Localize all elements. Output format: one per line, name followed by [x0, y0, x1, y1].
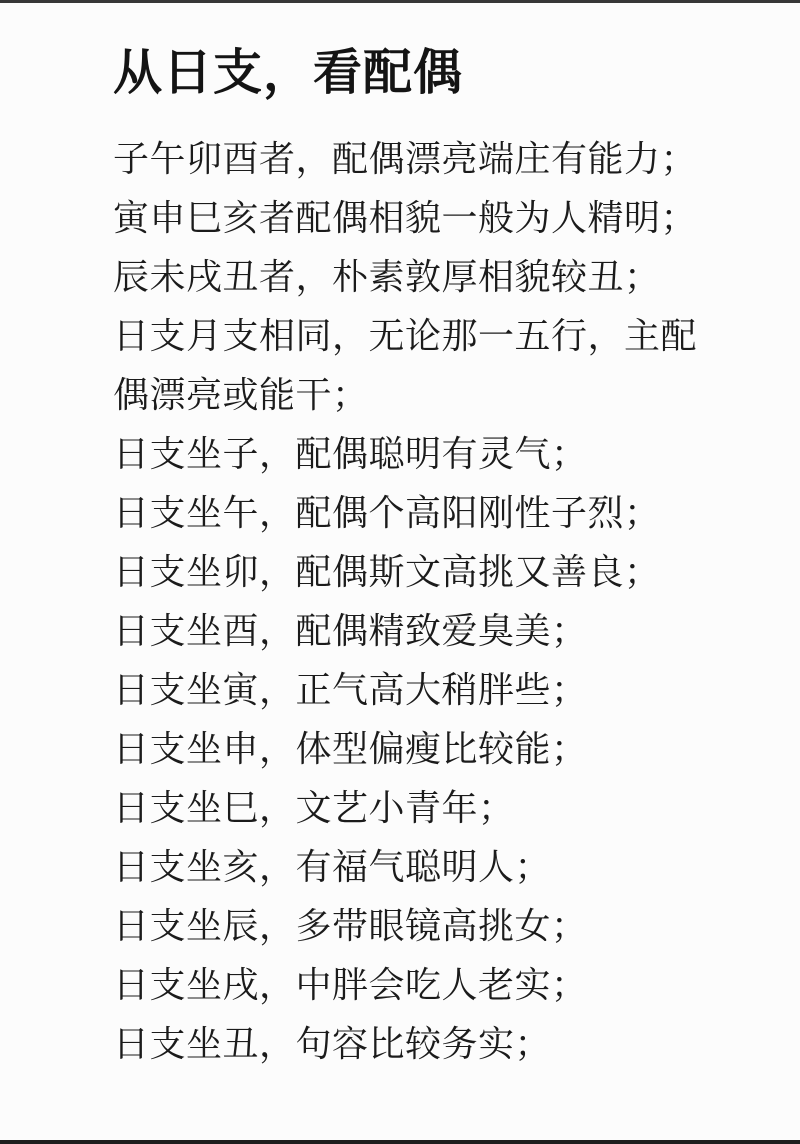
text-line: 日支坐亥，有福气聪明人； [113, 837, 733, 896]
text-line: 日支坐寅，正气高大稍胖些； [113, 660, 733, 719]
text-line: 日支坐辰，多带眼镜高挑女； [113, 896, 733, 955]
text-line: 寅申巳亥者配偶相貌一般为人精明； [113, 188, 733, 247]
text-line: 日支坐戌，中胖会吃人老实； [113, 955, 733, 1014]
text-image-page: 从日支，看配偶 子午卯酉者，配偶漂亮端庄有能力；寅申巳亥者配偶相貌一般为人精明；… [0, 0, 800, 1144]
text-line: 日支坐巳，文艺小青年； [113, 778, 733, 837]
text-line: 子午卯酉者，配偶漂亮端庄有能力； [113, 129, 733, 188]
page-title: 从日支，看配偶 [113, 42, 733, 104]
text-line: 日支坐子，配偶聪明有灵气； [113, 424, 733, 483]
top-edge-strip [0, 0, 800, 3]
text-line: 辰未戌丑者，朴素敦厚相貌较丑； [113, 247, 733, 306]
text-lines: 子午卯酉者，配偶漂亮端庄有能力；寅申巳亥者配偶相貌一般为人精明；辰未戌丑者，朴素… [113, 129, 733, 1073]
text-line: 偶漂亮或能干； [113, 365, 733, 424]
text-line: 日支坐申，体型偏瘦比较能； [113, 719, 733, 778]
text-line: 日支坐酉，配偶精致爱臭美； [113, 601, 733, 660]
text-line: 日支坐午，配偶个高阳刚性子烈； [113, 483, 733, 542]
article-content: 从日支，看配偶 子午卯酉者，配偶漂亮端庄有能力；寅申巳亥者配偶相貌一般为人精明；… [113, 42, 733, 1073]
text-line: 日支月支相同，无论那一五行，主配 [113, 306, 733, 365]
text-line: 日支坐丑，句容比较务实； [113, 1014, 733, 1073]
text-line: 日支坐卯，配偶斯文高挑又善良； [113, 542, 733, 601]
bottom-edge-strip [0, 1140, 800, 1144]
